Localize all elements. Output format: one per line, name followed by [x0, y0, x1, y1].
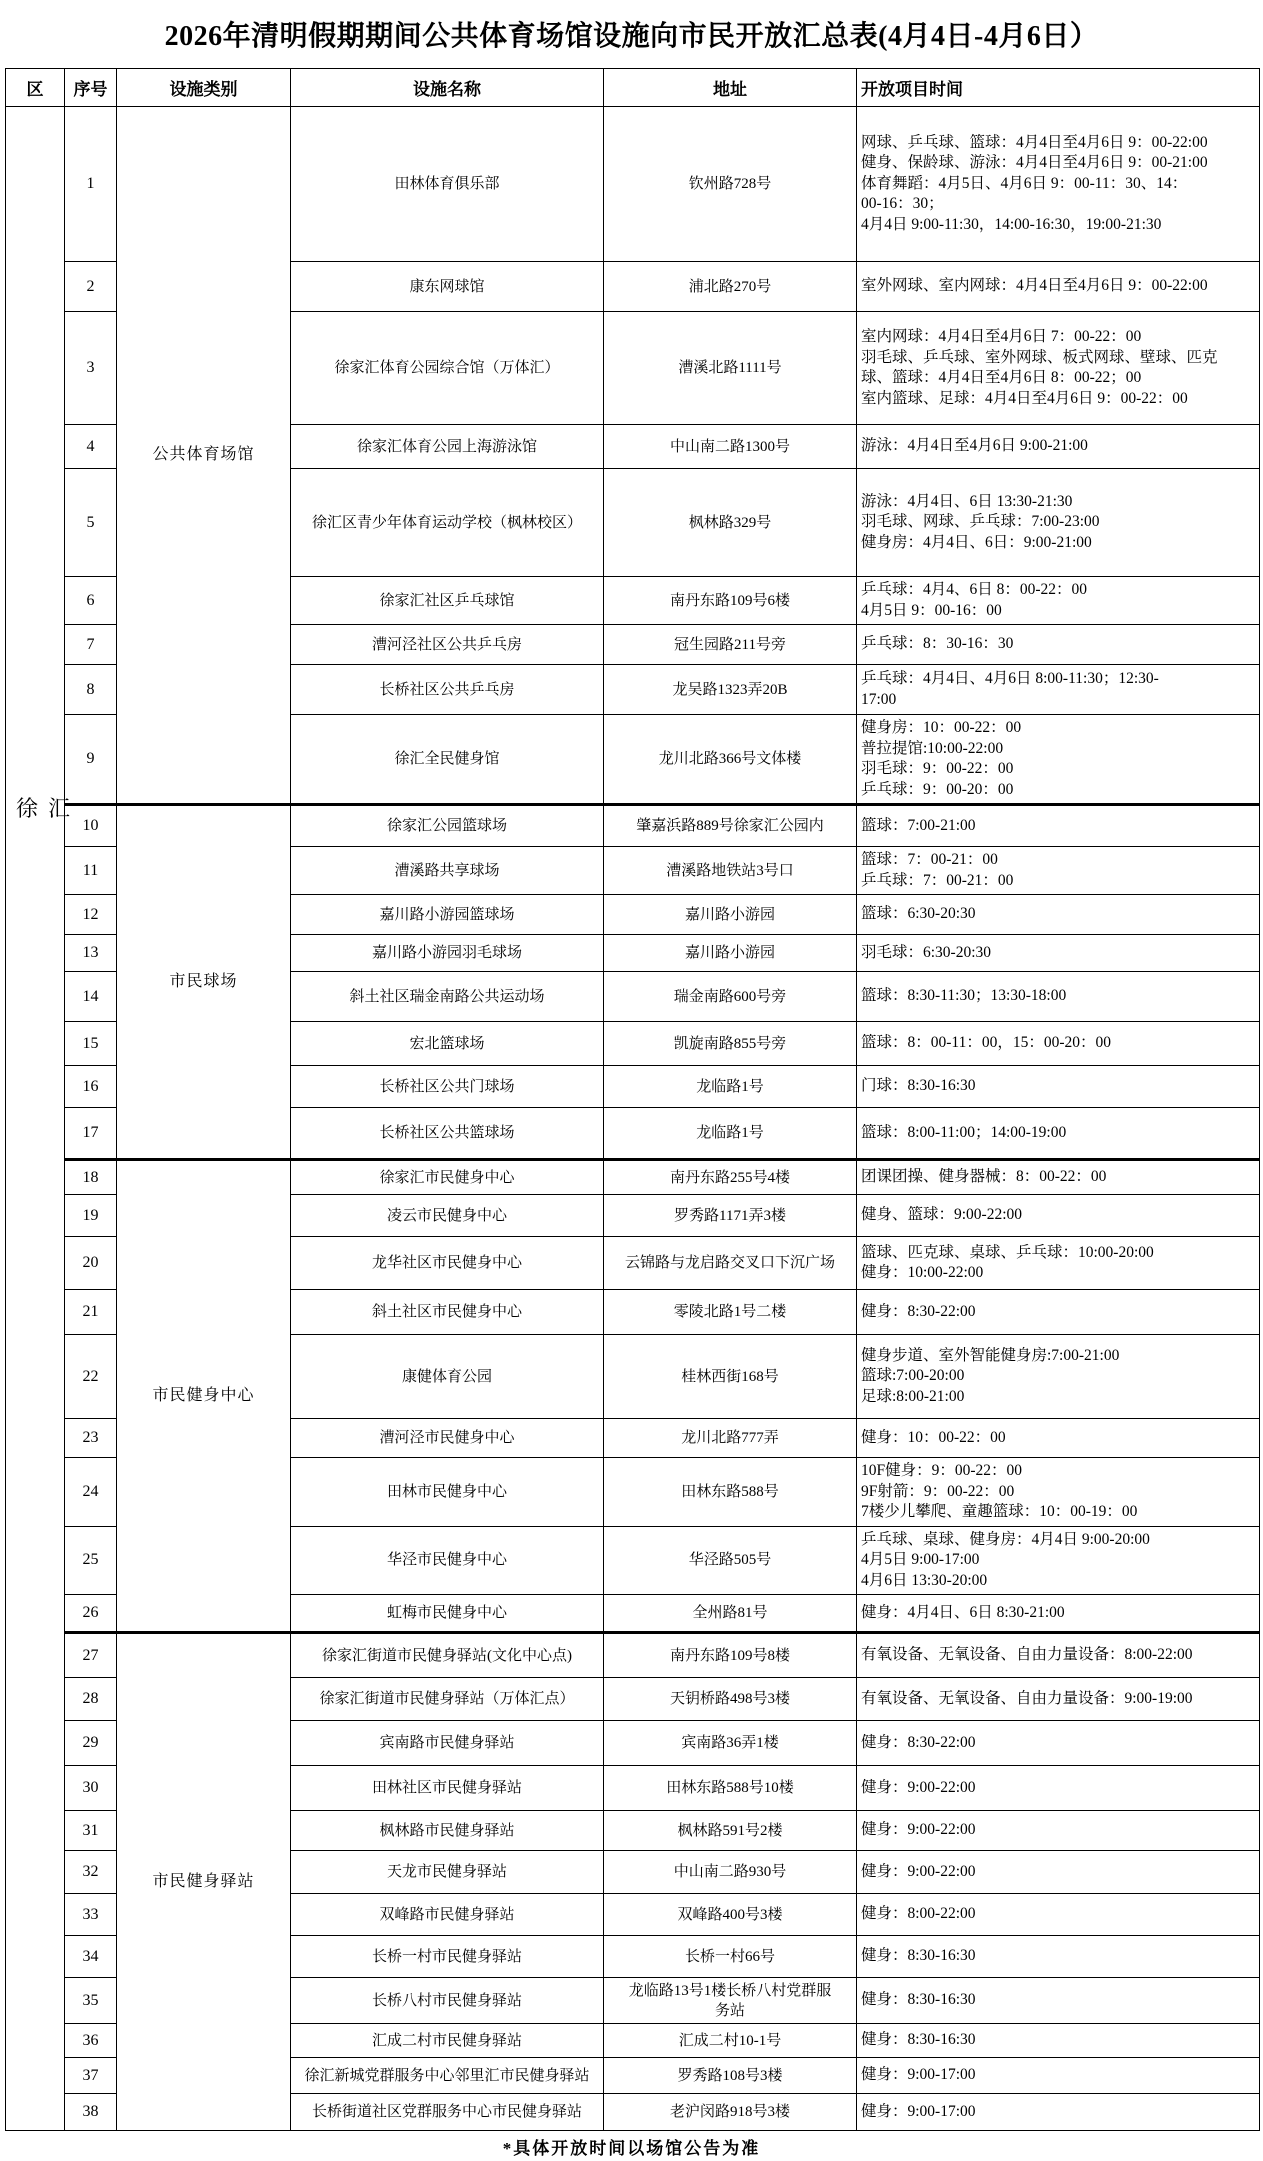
facility-address-cell: 龙临路1号: [604, 1108, 857, 1160]
column-header-address: 地址: [604, 69, 857, 107]
facility-name-cell: 天龙市民健身驿站: [291, 1851, 604, 1894]
column-header-category: 设施类别: [117, 69, 291, 107]
open-hours-cell: 健身：9:00-22:00: [857, 1766, 1260, 1811]
open-hours-cell: 篮球、匹克球、桌球、乒乓球：10:00-20:00 健身：10:00-22:00: [857, 1237, 1260, 1290]
facility-address-cell: 罗秀路108号3楼: [604, 2058, 857, 2094]
footer-note: *具体开放时间以场馆公告为准: [0, 2131, 1263, 2161]
column-header-number: 序号: [65, 69, 117, 107]
facility-name-cell: 徐家汇公园篮球场: [291, 805, 604, 847]
facility-name-cell: 嘉川路小游园羽毛球场: [291, 935, 604, 972]
facility-address-cell: 桂林西街168号: [604, 1335, 857, 1419]
open-hours-cell: 乒乓球：8：30-16：30: [857, 625, 1260, 665]
facility-address-cell: 漕溪路地铁站3号口: [604, 847, 857, 895]
open-hours-cell: 健身：9:00-17:00: [857, 2094, 1260, 2131]
row-number-cell: 7: [65, 625, 117, 665]
open-hours-cell: 健身：8:30-16:30: [857, 1978, 1260, 2024]
row-number-cell: 5: [65, 469, 117, 577]
open-hours-cell: 团课团操、健身器械：8：00-22：00: [857, 1160, 1260, 1195]
row-number-cell: 14: [65, 972, 117, 1022]
open-hours-cell: 网球、乒乓球、篮球：4月4日至4月6日 9：00-22:00 健身、保龄球、游泳…: [857, 107, 1260, 262]
open-hours-cell: 健身：9:00-17:00: [857, 2058, 1260, 2094]
open-hours-cell: 门球：8:30-16:30: [857, 1066, 1260, 1108]
facility-name-cell: 徐家汇体育公园上海游泳馆: [291, 425, 604, 469]
facility-address-cell: 嘉川路小游园: [604, 895, 857, 935]
open-hours-cell: 健身：8:00-22:00: [857, 1894, 1260, 1936]
facility-name-cell: 长桥一村市民健身驿站: [291, 1936, 604, 1978]
open-hours-cell: 健身：9:00-22:00: [857, 1851, 1260, 1894]
facility-name-cell: 田林社区市民健身驿站: [291, 1766, 604, 1811]
facility-address-cell: 南丹东路255号4楼: [604, 1160, 857, 1195]
facility-name-cell: 长桥社区公共乒乓房: [291, 665, 604, 715]
row-number-cell: 26: [65, 1595, 117, 1633]
facility-name-cell: 漕河泾市民健身中心: [291, 1419, 604, 1458]
facility-address-cell: 枫林路591号2楼: [604, 1811, 857, 1851]
table-row: 18市民健身中心徐家汇市民健身中心南丹东路255号4楼团课团操、健身器械：8：0…: [6, 1160, 1260, 1195]
facility-address-cell: 中山南二路930号: [604, 1851, 857, 1894]
facility-address-cell: 龙川北路366号文体楼: [604, 715, 857, 805]
facility-name-cell: 宏北篮球场: [291, 1022, 604, 1066]
row-number-cell: 37: [65, 2058, 117, 2094]
row-number-cell: 20: [65, 1237, 117, 1290]
facility-address-cell: 华泾路505号: [604, 1526, 857, 1595]
facility-address-cell: 全州路81号: [604, 1595, 857, 1633]
row-number-cell: 6: [65, 577, 117, 625]
open-hours-cell: 篮球：8：00-11：00，15：00-20：00: [857, 1022, 1260, 1066]
facility-address-cell: 龙川北路777弄: [604, 1419, 857, 1458]
open-hours-cell: 室内网球：4月4日至4月6日 7：00-22：00 羽毛球、乒乓球、室外网球、板…: [857, 312, 1260, 425]
row-number-cell: 19: [65, 1195, 117, 1237]
open-hours-cell: 有氧设备、无氧设备、自由力量设备：8:00-22:00: [857, 1633, 1260, 1678]
table-body: 徐汇1公共体育场馆田林体育俱乐部钦州路728号网球、乒乓球、篮球：4月4日至4月…: [6, 107, 1260, 2131]
facility-address-cell: 龙临路1号: [604, 1066, 857, 1108]
page-title: 2026年清明假期期间公共体育场馆设施向市民开放汇总表(4月4日-4月6日）: [0, 0, 1263, 68]
row-number-cell: 15: [65, 1022, 117, 1066]
open-hours-cell: 乒乓球、桌球、健身房：4月4日 9:00-20:00 4月5日 9:00-17:…: [857, 1526, 1260, 1595]
facility-address-cell: 枫林路329号: [604, 469, 857, 577]
facility-address-cell: 双峰路400号3楼: [604, 1894, 857, 1936]
row-number-cell: 38: [65, 2094, 117, 2131]
row-number-cell: 30: [65, 1766, 117, 1811]
facility-name-cell: 徐家汇体育公园综合馆（万体汇）: [291, 312, 604, 425]
facility-category-cell: 公共体育场馆: [117, 107, 291, 805]
facility-address-cell: 嘉川路小游园: [604, 935, 857, 972]
row-number-cell: 12: [65, 895, 117, 935]
facility-address-cell: 浦北路270号: [604, 262, 857, 312]
row-number-cell: 17: [65, 1108, 117, 1160]
facility-name-cell: 龙华社区市民健身中心: [291, 1237, 604, 1290]
row-number-cell: 31: [65, 1811, 117, 1851]
facility-address-cell: 中山南二路1300号: [604, 425, 857, 469]
facility-name-cell: 斜土社区瑞金南路公共运动场: [291, 972, 604, 1022]
open-hours-cell: 健身：8:30-22:00: [857, 1721, 1260, 1766]
facility-name-cell: 嘉川路小游园篮球场: [291, 895, 604, 935]
open-hours-cell: 健身房：10：00-22：00 普拉提馆:10:00-22:00 羽毛球：9：0…: [857, 715, 1260, 805]
row-number-cell: 34: [65, 1936, 117, 1978]
facility-name-cell: 虹梅市民健身中心: [291, 1595, 604, 1633]
facility-address-cell: 宾南路36弄1楼: [604, 1721, 857, 1766]
open-hours-cell: 10F健身：9：00-22：00 9F射箭：9：00-22：00 7楼少儿攀爬、…: [857, 1458, 1260, 1527]
open-hours-cell: 健身：9:00-22:00: [857, 1811, 1260, 1851]
open-hours-cell: 篮球：6:30-20:30: [857, 895, 1260, 935]
column-header-hours: 开放项目时间: [857, 69, 1260, 107]
facility-name-cell: 田林市民健身中心: [291, 1458, 604, 1527]
facility-address-cell: 老沪闵路918号3楼: [604, 2094, 857, 2131]
facility-category-cell: 市民健身中心: [117, 1160, 291, 1633]
open-hours-cell: 有氧设备、无氧设备、自由力量设备：9:00-19:00: [857, 1678, 1260, 1721]
column-header-name: 设施名称: [291, 69, 604, 107]
table-row: 10市民球场徐家汇公园篮球场肇嘉浜路889号徐家汇公园内篮球：7:00-21:0…: [6, 805, 1260, 847]
facility-name-cell: 宾南路市民健身驿站: [291, 1721, 604, 1766]
row-number-cell: 32: [65, 1851, 117, 1894]
facility-name-cell: 康东网球馆: [291, 262, 604, 312]
facility-name-cell: 华泾市民健身中心: [291, 1526, 604, 1595]
facility-category-cell: 市民球场: [117, 805, 291, 1160]
facility-address-cell: 零陵北路1号二楼: [604, 1290, 857, 1335]
open-hours-cell: 篮球：8:00-11:00；14:00-19:00: [857, 1108, 1260, 1160]
facility-name-cell: 长桥八村市民健身驿站: [291, 1978, 604, 2024]
facility-name-cell: 徐家汇街道市民健身驿站（万体汇点）: [291, 1678, 604, 1721]
row-number-cell: 27: [65, 1633, 117, 1678]
facility-name-cell: 斜土社区市民健身中心: [291, 1290, 604, 1335]
row-number-cell: 2: [65, 262, 117, 312]
header-row: 区 序号 设施类别 设施名称 地址 开放项目时间: [6, 69, 1260, 107]
facilities-table: 区 序号 设施类别 设施名称 地址 开放项目时间 徐汇1公共体育场馆田林体育俱乐…: [5, 68, 1260, 2131]
facility-name-cell: 枫林路市民健身驿站: [291, 1811, 604, 1851]
facility-address-cell: 田林东路588号: [604, 1458, 857, 1527]
facility-address-cell: 冠生园路211号旁: [604, 625, 857, 665]
facility-address-cell: 漕溪北路1111号: [604, 312, 857, 425]
row-number-cell: 9: [65, 715, 117, 805]
open-hours-cell: 羽毛球：6:30-20:30: [857, 935, 1260, 972]
facility-name-cell: 漕溪路共享球场: [291, 847, 604, 895]
facility-name-cell: 康健体育公园: [291, 1335, 604, 1419]
row-number-cell: 13: [65, 935, 117, 972]
row-number-cell: 21: [65, 1290, 117, 1335]
facility-address-cell: 瑞金南路600号旁: [604, 972, 857, 1022]
row-number-cell: 8: [65, 665, 117, 715]
row-number-cell: 18: [65, 1160, 117, 1195]
facility-name-cell: 汇成二村市民健身驿站: [291, 2024, 604, 2058]
table-row: 27市民健身驿站徐家汇街道市民健身驿站(文化中心点)南丹东路109号8楼有氧设备…: [6, 1633, 1260, 1678]
open-hours-cell: 篮球：8:30-11:30；13:30-18:00: [857, 972, 1260, 1022]
open-hours-cell: 健身、篮球：9:00-22:00: [857, 1195, 1260, 1237]
facility-address-cell: 南丹东路109号6楼: [604, 577, 857, 625]
facility-name-cell: 凌云市民健身中心: [291, 1195, 604, 1237]
facility-address-cell: 长桥一村66号: [604, 1936, 857, 1978]
facility-address-cell: 云锦路与龙启路交叉口下沉广场: [604, 1237, 857, 1290]
facility-address-cell: 田林东路588号10楼: [604, 1766, 857, 1811]
facility-address-cell: 龙临路13号1楼长桥八村党群服 务站: [604, 1978, 857, 2024]
table-header: 区 序号 设施类别 设施名称 地址 开放项目时间: [6, 69, 1260, 107]
facility-address-cell: 肇嘉浜路889号徐家汇公园内: [604, 805, 857, 847]
facility-name-cell: 徐汇区青少年体育运动学校（枫林校区）: [291, 469, 604, 577]
district-cell: 徐汇: [6, 107, 65, 2131]
facility-address-cell: 天钥桥路498号3楼: [604, 1678, 857, 1721]
facility-address-cell: 凯旋南路855号旁: [604, 1022, 857, 1066]
open-hours-cell: 健身：8:30-16:30: [857, 1936, 1260, 1978]
row-number-cell: 11: [65, 847, 117, 895]
facility-name-cell: 徐家汇街道市民健身驿站(文化中心点): [291, 1633, 604, 1678]
row-number-cell: 33: [65, 1894, 117, 1936]
open-hours-cell: 乒乓球：4月4、6日 8：00-22：00 4月5日 9：00-16：00: [857, 577, 1260, 625]
open-hours-cell: 篮球：7：00-21：00 乒乓球：7：00-21：00: [857, 847, 1260, 895]
facility-address-cell: 钦州路728号: [604, 107, 857, 262]
facility-name-cell: 徐家汇市民健身中心: [291, 1160, 604, 1195]
facility-name-cell: 漕河泾社区公共乒乓房: [291, 625, 604, 665]
column-header-district: 区: [6, 69, 65, 107]
facility-address-cell: 汇成二村10-1号: [604, 2024, 857, 2058]
page: 2026年清明假期期间公共体育场馆设施向市民开放汇总表(4月4日-4月6日） 区…: [0, 0, 1263, 2161]
facility-name-cell: 双峰路市民健身驿站: [291, 1894, 604, 1936]
row-number-cell: 24: [65, 1458, 117, 1527]
row-number-cell: 36: [65, 2024, 117, 2058]
facility-name-cell: 徐家汇社区乒乓球馆: [291, 577, 604, 625]
open-hours-cell: 健身：4月4日、6日 8:30-21:00: [857, 1595, 1260, 1633]
facility-name-cell: 长桥社区公共篮球场: [291, 1108, 604, 1160]
open-hours-cell: 健身：10：00-22：00: [857, 1419, 1260, 1458]
district-label: 徐汇: [6, 799, 64, 819]
row-number-cell: 4: [65, 425, 117, 469]
open-hours-cell: 健身：8:30-22:00: [857, 1290, 1260, 1335]
row-number-cell: 25: [65, 1526, 117, 1595]
facility-name-cell: 徐汇新城党群服务中心邻里汇市民健身驿站: [291, 2058, 604, 2094]
open-hours-cell: 乒乓球：4月4日、4月6日 8:00-11:30；12:30- 17:00: [857, 665, 1260, 715]
open-hours-cell: 室外网球、室内网球：4月4日至4月6日 9：00-22:00: [857, 262, 1260, 312]
facility-address-cell: 罗秀路1171弄3楼: [604, 1195, 857, 1237]
row-number-cell: 1: [65, 107, 117, 262]
open-hours-cell: 健身步道、室外智能健身房:7:00-21:00 篮球:7:00-20:00 足球…: [857, 1335, 1260, 1419]
row-number-cell: 16: [65, 1066, 117, 1108]
row-number-cell: 29: [65, 1721, 117, 1766]
row-number-cell: 3: [65, 312, 117, 425]
facility-name-cell: 徐汇全民健身馆: [291, 715, 604, 805]
open-hours-cell: 游泳：4月4日至4月6日 9:00-21:00: [857, 425, 1260, 469]
open-hours-cell: 篮球：7:00-21:00: [857, 805, 1260, 847]
facility-address-cell: 龙吴路1323弄20B: [604, 665, 857, 715]
row-number-cell: 23: [65, 1419, 117, 1458]
facility-name-cell: 长桥街道社区党群服务中心市民健身驿站: [291, 2094, 604, 2131]
facility-name-cell: 长桥社区公共门球场: [291, 1066, 604, 1108]
open-hours-cell: 健身：8:30-16:30: [857, 2024, 1260, 2058]
facility-name-cell: 田林体育俱乐部: [291, 107, 604, 262]
open-hours-cell: 游泳：4月4日、6日 13:30-21:30 羽毛球、网球、乒乓球：7:00-2…: [857, 469, 1260, 577]
row-number-cell: 22: [65, 1335, 117, 1419]
row-number-cell: 35: [65, 1978, 117, 2024]
table-row: 徐汇1公共体育场馆田林体育俱乐部钦州路728号网球、乒乓球、篮球：4月4日至4月…: [6, 107, 1260, 262]
facility-category-cell: 市民健身驿站: [117, 1633, 291, 2131]
row-number-cell: 28: [65, 1678, 117, 1721]
facility-address-cell: 南丹东路109号8楼: [604, 1633, 857, 1678]
